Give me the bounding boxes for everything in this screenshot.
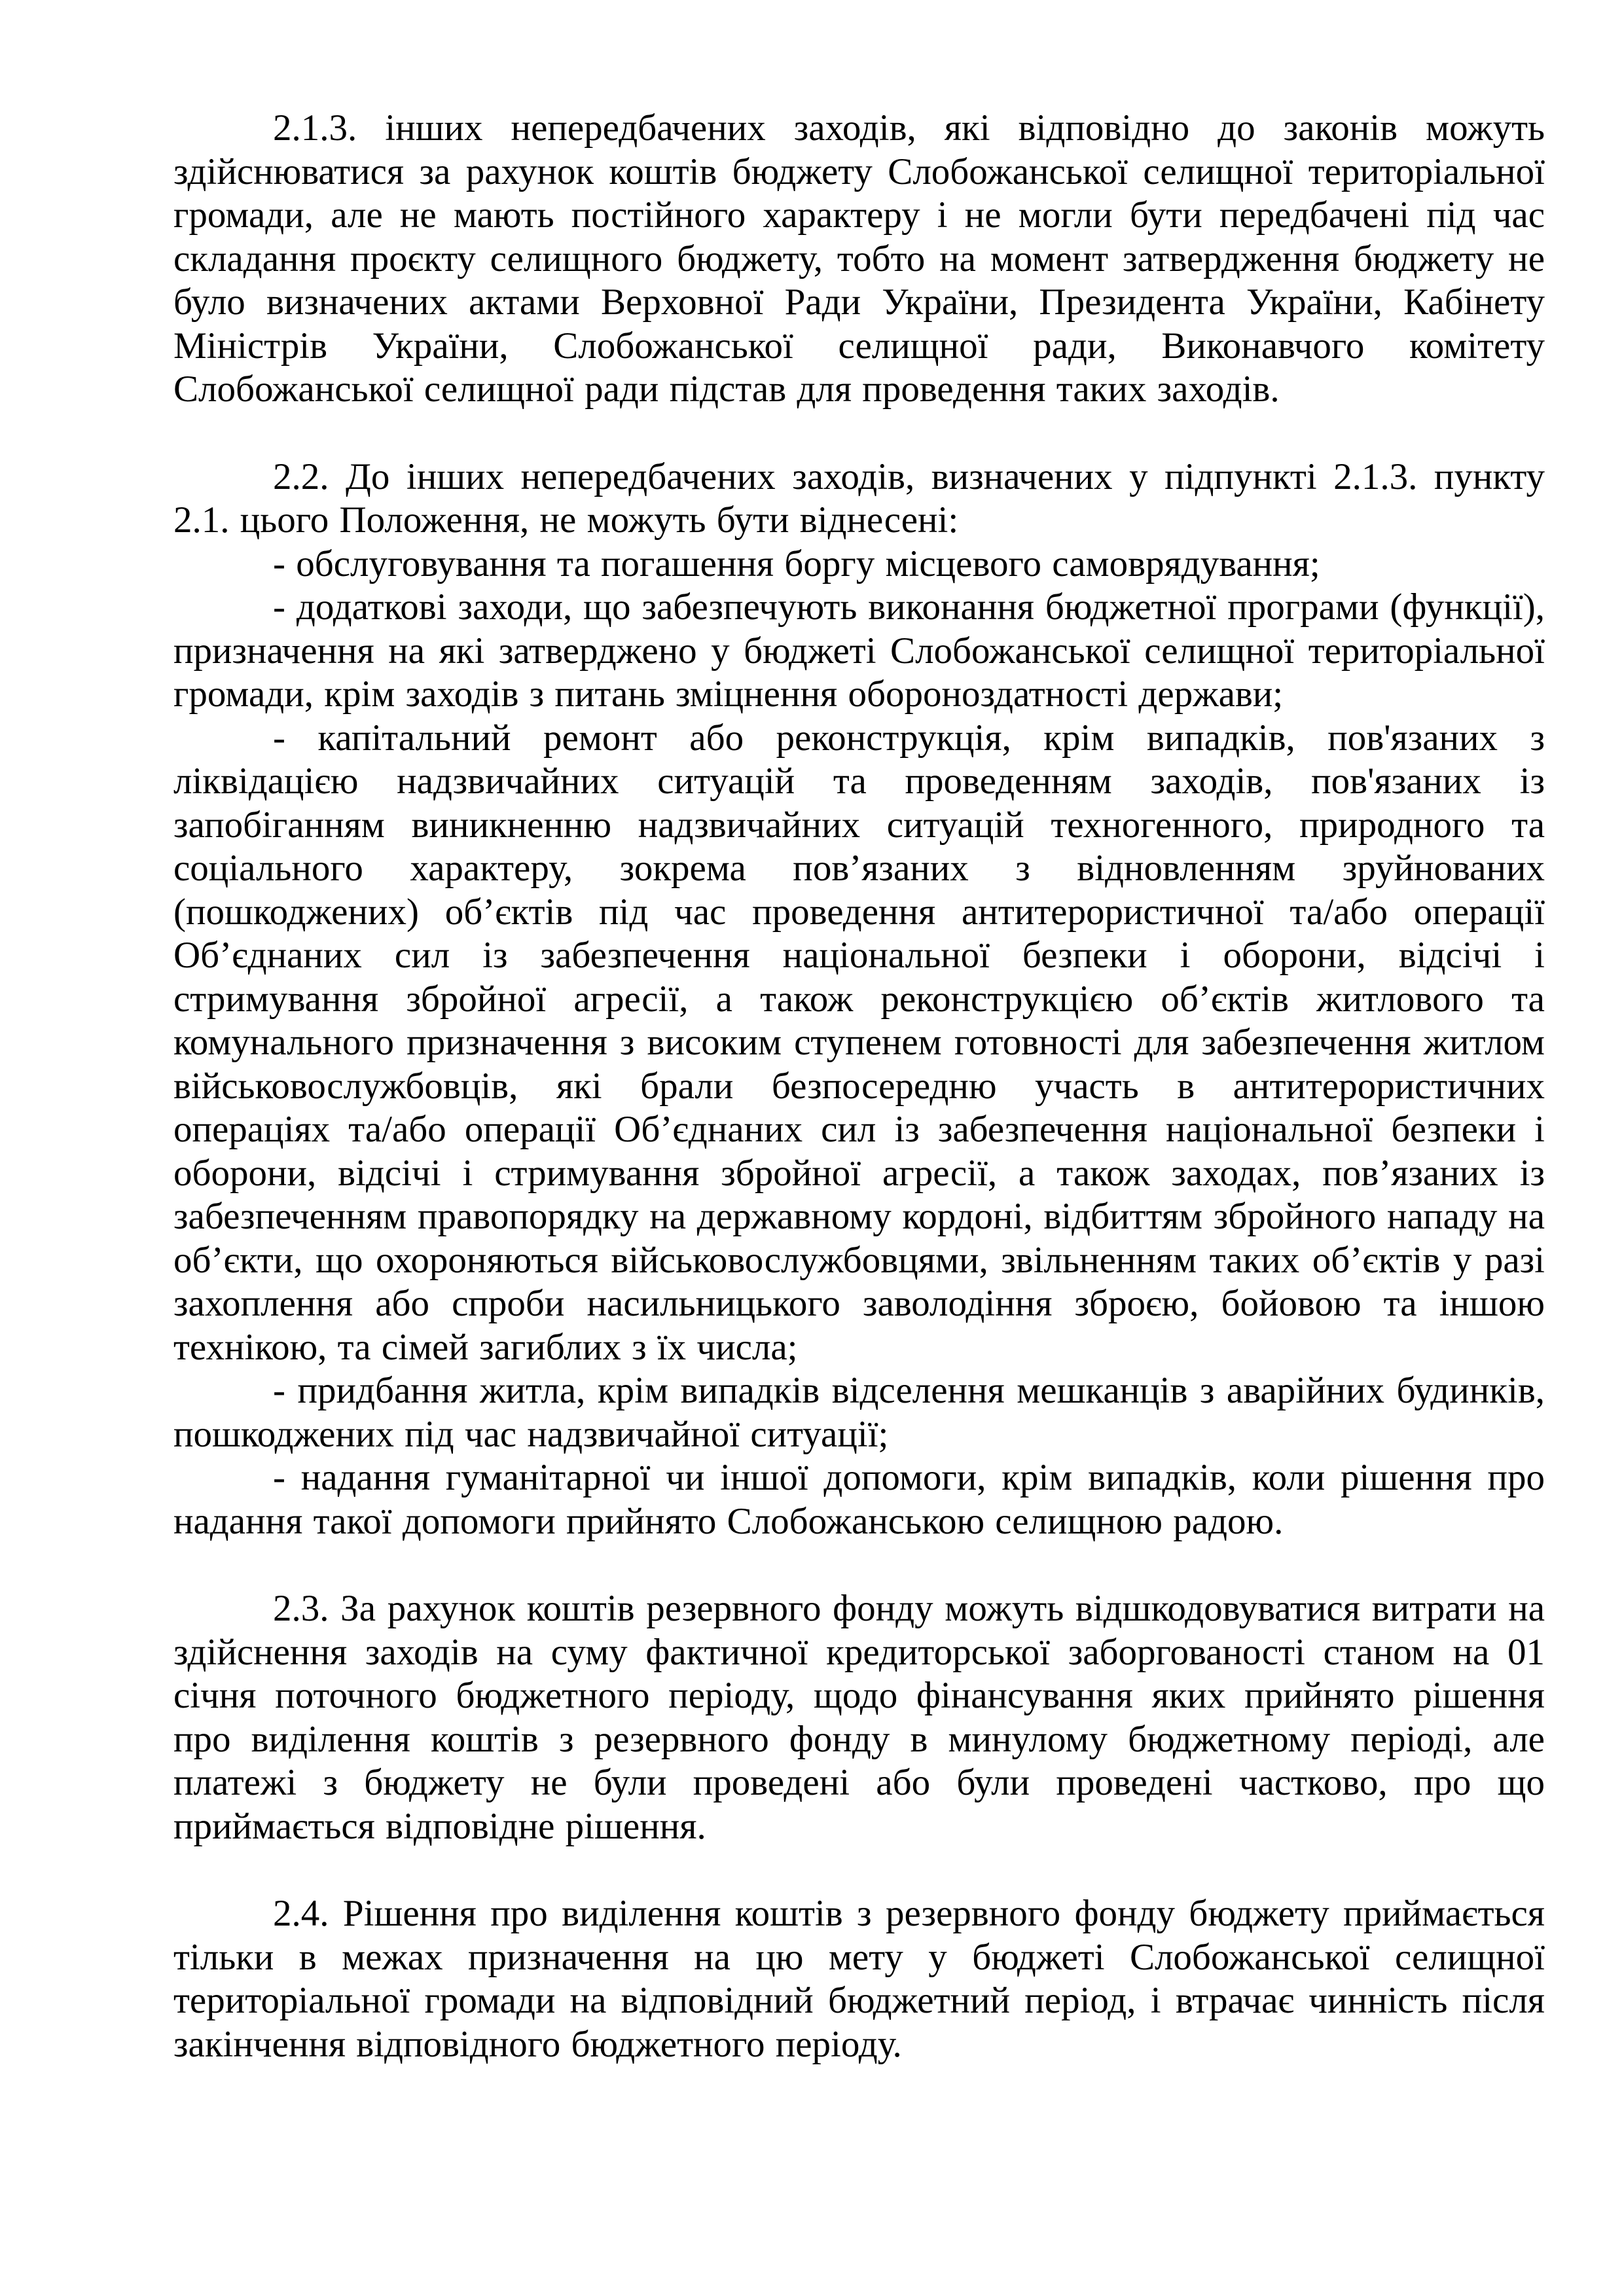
list-item-housing-purchase: - придбання житла, крім випадків відселе… xyxy=(173,1369,1545,1456)
paragraph-2-4: 2.4. Рішення про виділення коштів з резе… xyxy=(173,1892,1545,2066)
list-item-capital-repair: - капітальний ремонт або реконструкція, … xyxy=(173,717,1545,1370)
document-page: 2.1.3. інших непередбачених заходів, які… xyxy=(0,0,1624,2296)
list-item-humanitarian-aid: - надання гуманітарної чи іншої допомоги… xyxy=(173,1456,1545,1543)
text-column: 2.1.3. інших непередбачених заходів, які… xyxy=(173,107,1545,2066)
paragraph-2-3: 2.3. За рахунок коштів резервного фонду … xyxy=(173,1587,1545,1848)
list-item-additional-measures: - додаткові заходи, що забезпечують вико… xyxy=(173,586,1545,717)
paragraph-2-1-3: 2.1.3. інших непередбачених заходів, які… xyxy=(173,107,1545,412)
list-item-debt-service: - обслуговування та погашення боргу місц… xyxy=(173,543,1545,586)
paragraph-2-2-intro: 2.2. До інших непередбачених заходів, ви… xyxy=(173,456,1545,543)
